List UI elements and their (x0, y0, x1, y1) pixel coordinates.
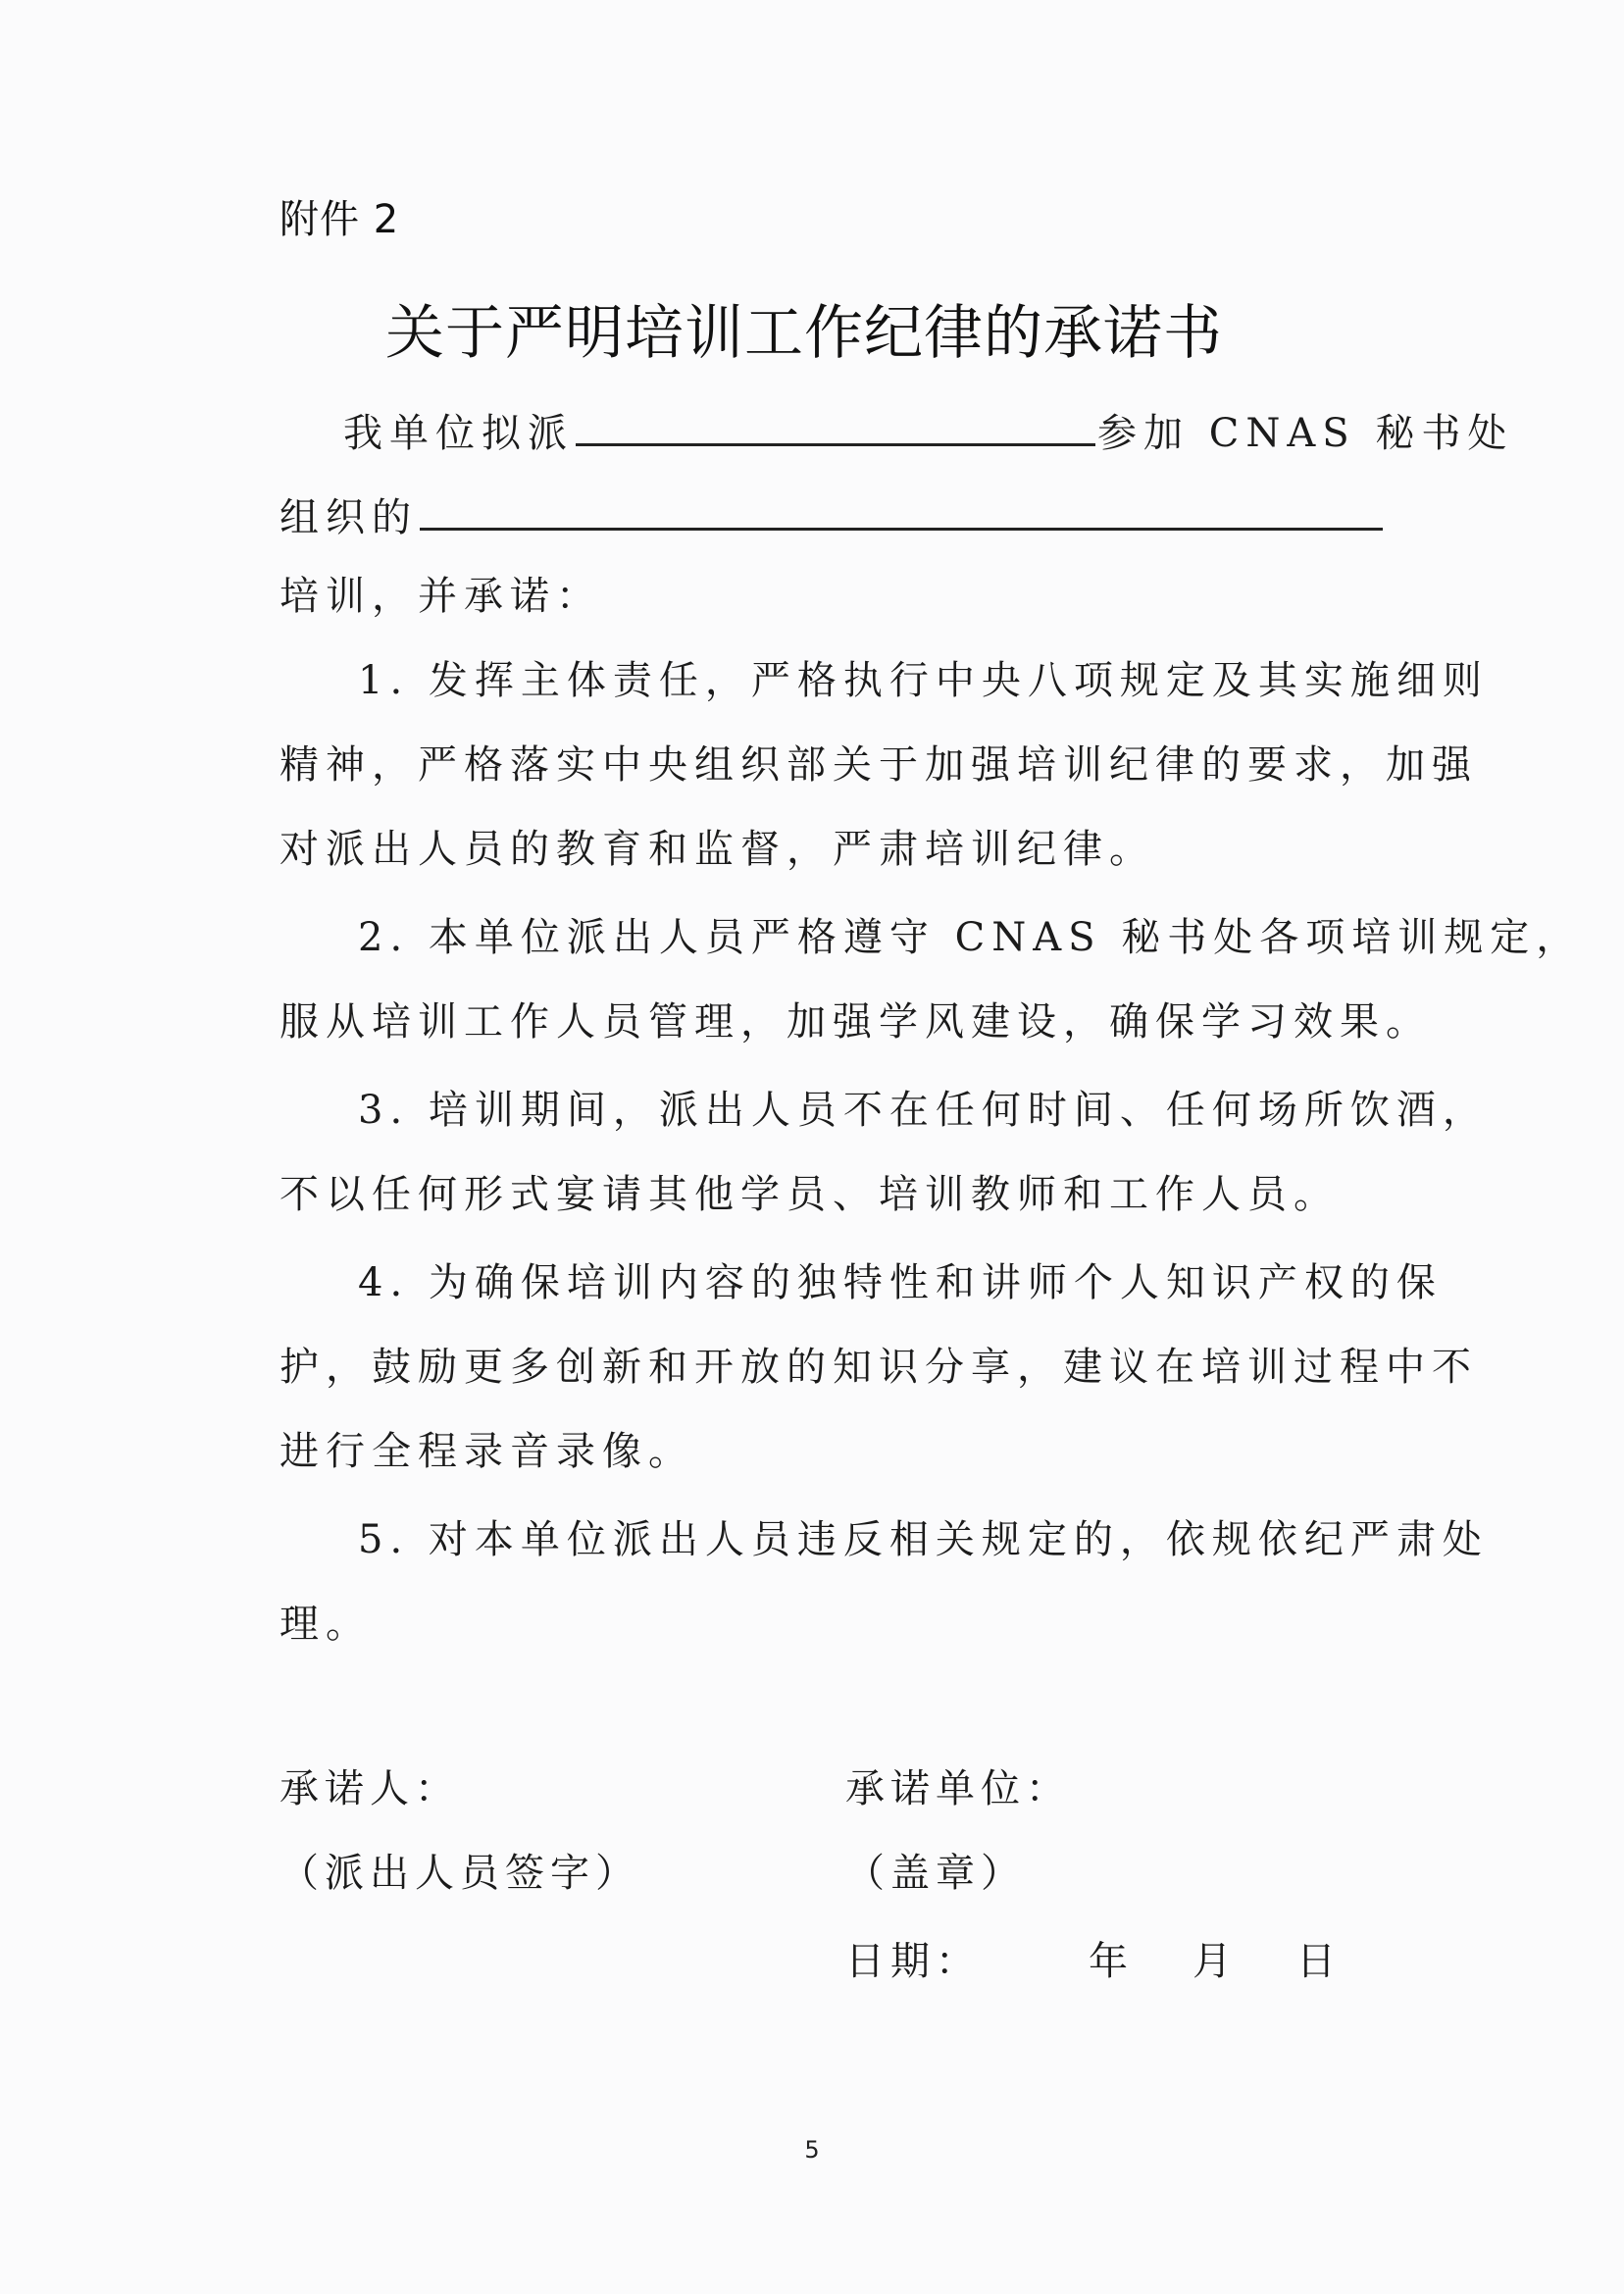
clause-1-line-2: 精神，严格落实中央组织部关于加强培训纪律的要求，加强 (279, 741, 1478, 789)
intro-line-2: 组织的 (279, 488, 1385, 541)
clause-3-line-2: 不以任何形式宴请其他学员、培训教师和工作人员。 (279, 1171, 1340, 1218)
intro-line-3: 培训，并承诺： (279, 573, 602, 620)
clause-1-line-3: 对派出人员的教育和监督，严肃培训纪律。 (279, 826, 1155, 873)
date-year: 年 (1089, 1939, 1134, 1984)
clause-5-line-1: 5. 对本单位派出人员违反相关规定的，依规依纪严肃处 (358, 1516, 1489, 1563)
promisor-label: 承诺人： (279, 1765, 460, 1812)
promising-unit-label: 承诺单位： (845, 1765, 1071, 1812)
clause-5-line-2: 理。 (279, 1601, 372, 1648)
intro-line-1-prefix: 我单位拟派 (343, 411, 574, 456)
date-line: 日期：年月日 (845, 1938, 1342, 1985)
promisor-signature-note: （派出人员签字） (279, 1850, 640, 1897)
clause-4-line-2: 护，鼓励更多创新和开放的知识分享，建议在培训过程中不 (279, 1344, 1478, 1391)
clause-2-line-1: 2. 本单位派出人员严格遵守 CNAS 秘书处各项培训规定， (358, 914, 1582, 961)
document-title: 关于严明培训工作纪律的承诺书 (0, 286, 1624, 371)
clause-4-line-1: 4. 为确保培训内容的独特性和讲师个人知识产权的保 (358, 1259, 1443, 1306)
page-number: 5 (0, 2136, 1624, 2164)
unit-seal-note: （盖章） (845, 1850, 1026, 1897)
clause-1-line-1: 1. 发挥主体责任，严格执行中央八项规定及其实施细则 (358, 657, 1489, 704)
clause-3-line-1: 3. 培训期间，派出人员不在任何时间、任何场所饮酒， (358, 1087, 1489, 1134)
attachment-label: 附件 2 (279, 188, 399, 244)
clause-4-line-3: 进行全程录音录像。 (279, 1428, 694, 1475)
intro-line-1: 我单位拟派参加 CNAS 秘书处 (343, 404, 1513, 457)
intro-line-1-suffix: 参加 CNAS 秘书处 (1097, 411, 1513, 456)
date-label: 日期： (845, 1939, 981, 1984)
clause-2-line-2: 服从培训工作人员管理，加强学风建设，确保学习效果。 (279, 998, 1432, 1045)
training-name-blank[interactable] (420, 488, 1383, 531)
date-day: 日 (1296, 1939, 1342, 1984)
date-month: 月 (1193, 1939, 1238, 1984)
intro-line-2-prefix: 组织的 (279, 495, 418, 540)
dispatched-person-blank[interactable] (576, 404, 1095, 446)
document-page: 附件 2 关于严明培训工作纪律的承诺书 我单位拟派参加 CNAS 秘书处 组织的… (0, 0, 1624, 2294)
